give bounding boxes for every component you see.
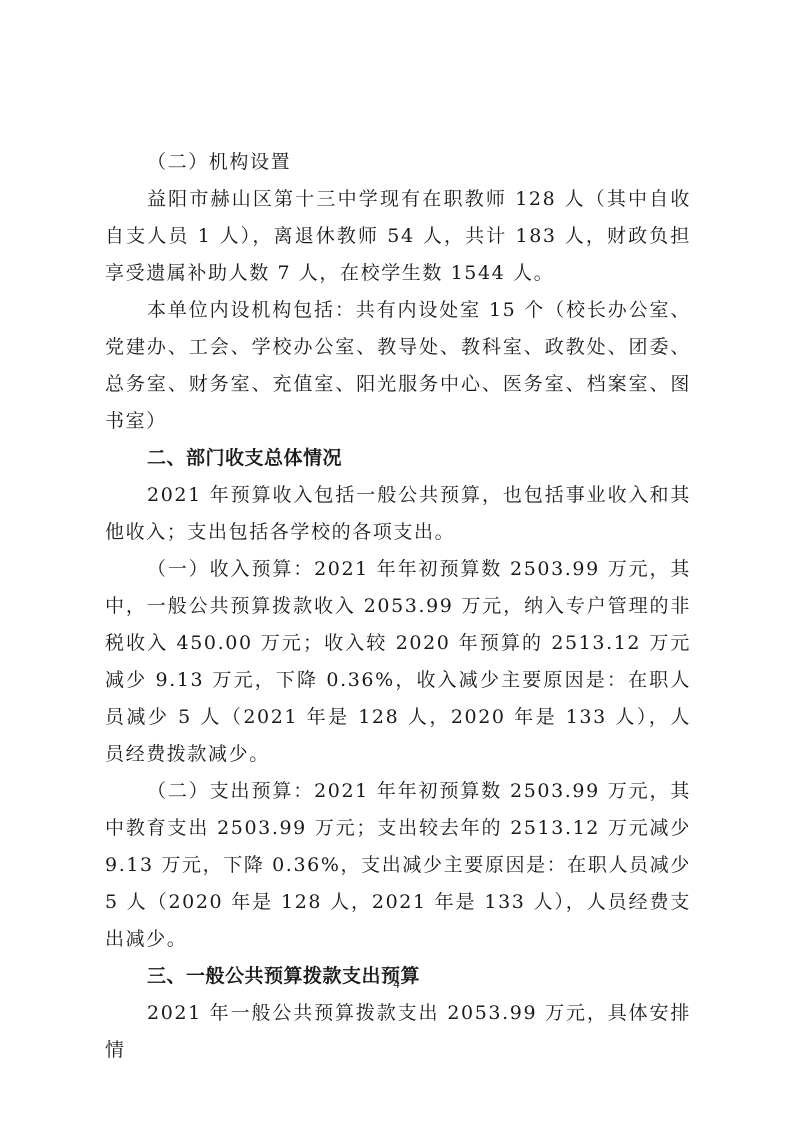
section-heading-income-expense-overview: 二、部门收支总体情况 <box>105 440 691 477</box>
paragraph-income-budget: （一）收入预算：2021 年年初预算数 2503.99 万元，其中，一般公共预算… <box>105 551 691 773</box>
document-page: （二）机构设置 益阳市赫山区第十三中学现有在职教师 128 人（其中自收自支人员… <box>105 144 691 1069</box>
paragraph-expense-budget: （二）支出预算：2021 年年初预算数 2503.99 万元，其中教育支出 25… <box>105 773 691 958</box>
paragraph-budget-intro: 2021 年预算收入包括一般公共预算，也包括事业收入和其他收入；支出包括各学校的… <box>105 477 691 551</box>
subsection-title-org-setup: （二）机构设置 <box>105 144 691 181</box>
paragraph-general-budget-intro: 2021 年一般公共预算拨款支出 2053.99 万元，具体安排情 <box>105 995 691 1069</box>
page-number: 4 <box>0 978 793 991</box>
paragraph-staff-count: 益阳市赫山区第十三中学现有在职教师 128 人（其中自收自支人员 1 人），离退… <box>105 181 691 292</box>
paragraph-internal-departments: 本单位内设机构包括：共有内设处室 15 个（校长办公室、党建办、工会、学校办公室… <box>105 292 691 440</box>
